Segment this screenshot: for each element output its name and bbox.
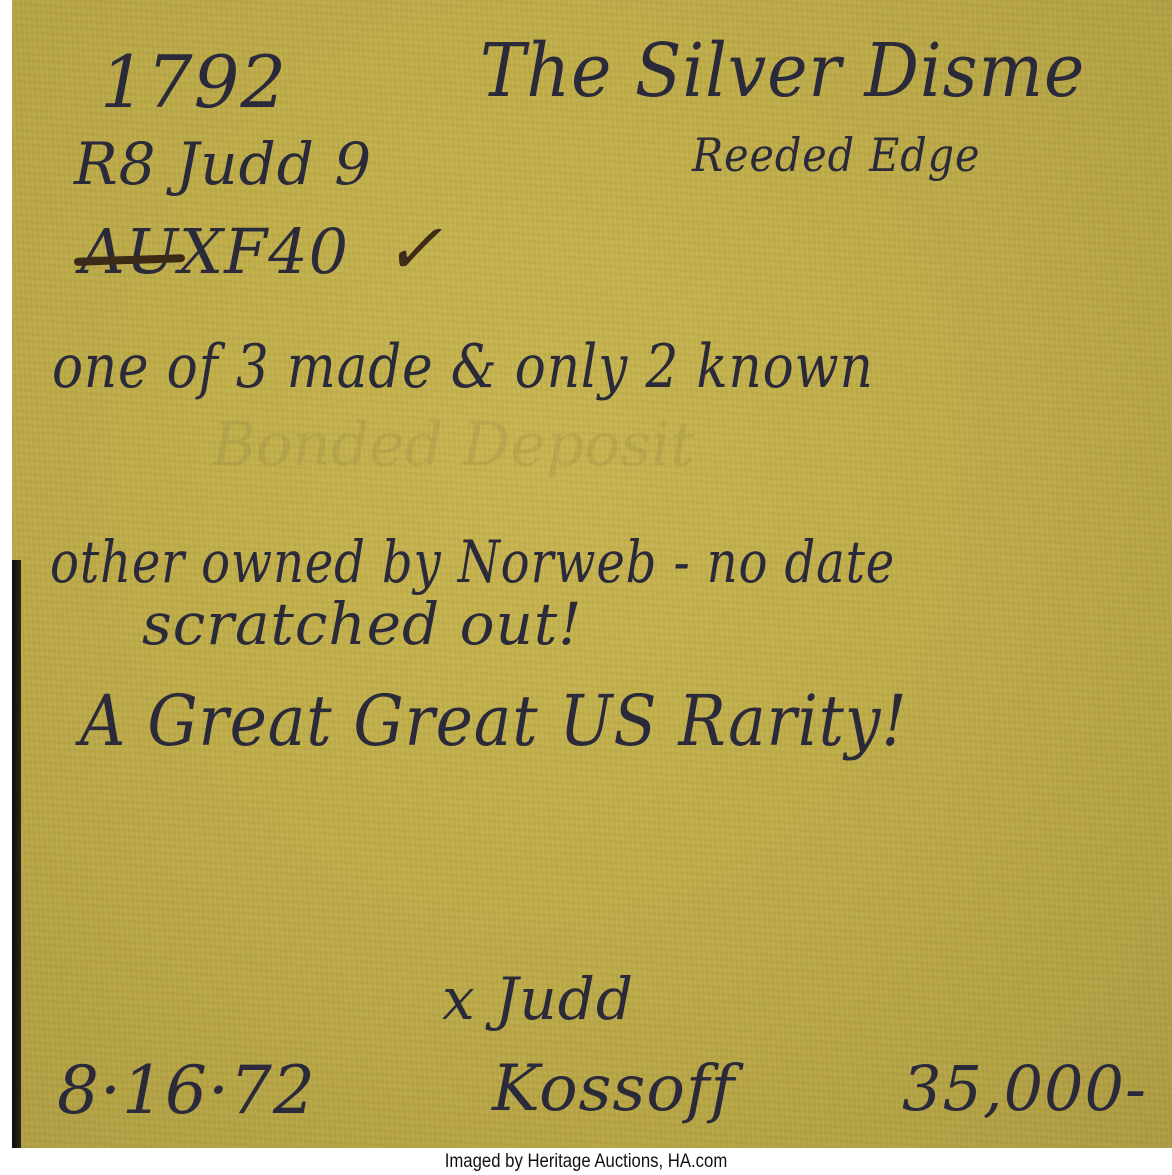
- note-price: 35,000-: [902, 1052, 1147, 1125]
- note-edge-type: Reeded Edge: [692, 128, 980, 182]
- check-mark-icon: ✓: [384, 208, 444, 290]
- note-title: The Silver Disme: [480, 28, 1085, 114]
- note-provenance: other owned by Norweb - no date: [50, 528, 895, 596]
- grade: XF40: [179, 215, 349, 288]
- image-credit-caption: Imaged by Heritage Auctions, HA.com: [70, 1148, 1101, 1175]
- note-rarity-count: one of 3 made & only 2 known: [52, 332, 874, 402]
- note-purchase-date: 8·16·72: [57, 1052, 316, 1129]
- note-rarity-remark: A Great Great US Rarity!: [80, 680, 908, 762]
- handwritten-note-card: Bonded Deposit 1792 The Silver Disme R8 …: [12, 0, 1172, 1148]
- note-seller: Kossoff: [492, 1052, 735, 1126]
- note-grade-line: AUXF40 ✓: [80, 208, 443, 290]
- note-year: 1792: [100, 40, 287, 124]
- note-reference: R8 Judd 9: [74, 130, 372, 198]
- note-provenance-cont: scratched out!: [142, 590, 582, 658]
- card-shadow-edge: [12, 560, 21, 1148]
- struck-grade: AU: [80, 215, 179, 288]
- faint-ghost-text: Bonded Deposit: [212, 410, 695, 480]
- note-source: x Judd: [442, 965, 634, 1033]
